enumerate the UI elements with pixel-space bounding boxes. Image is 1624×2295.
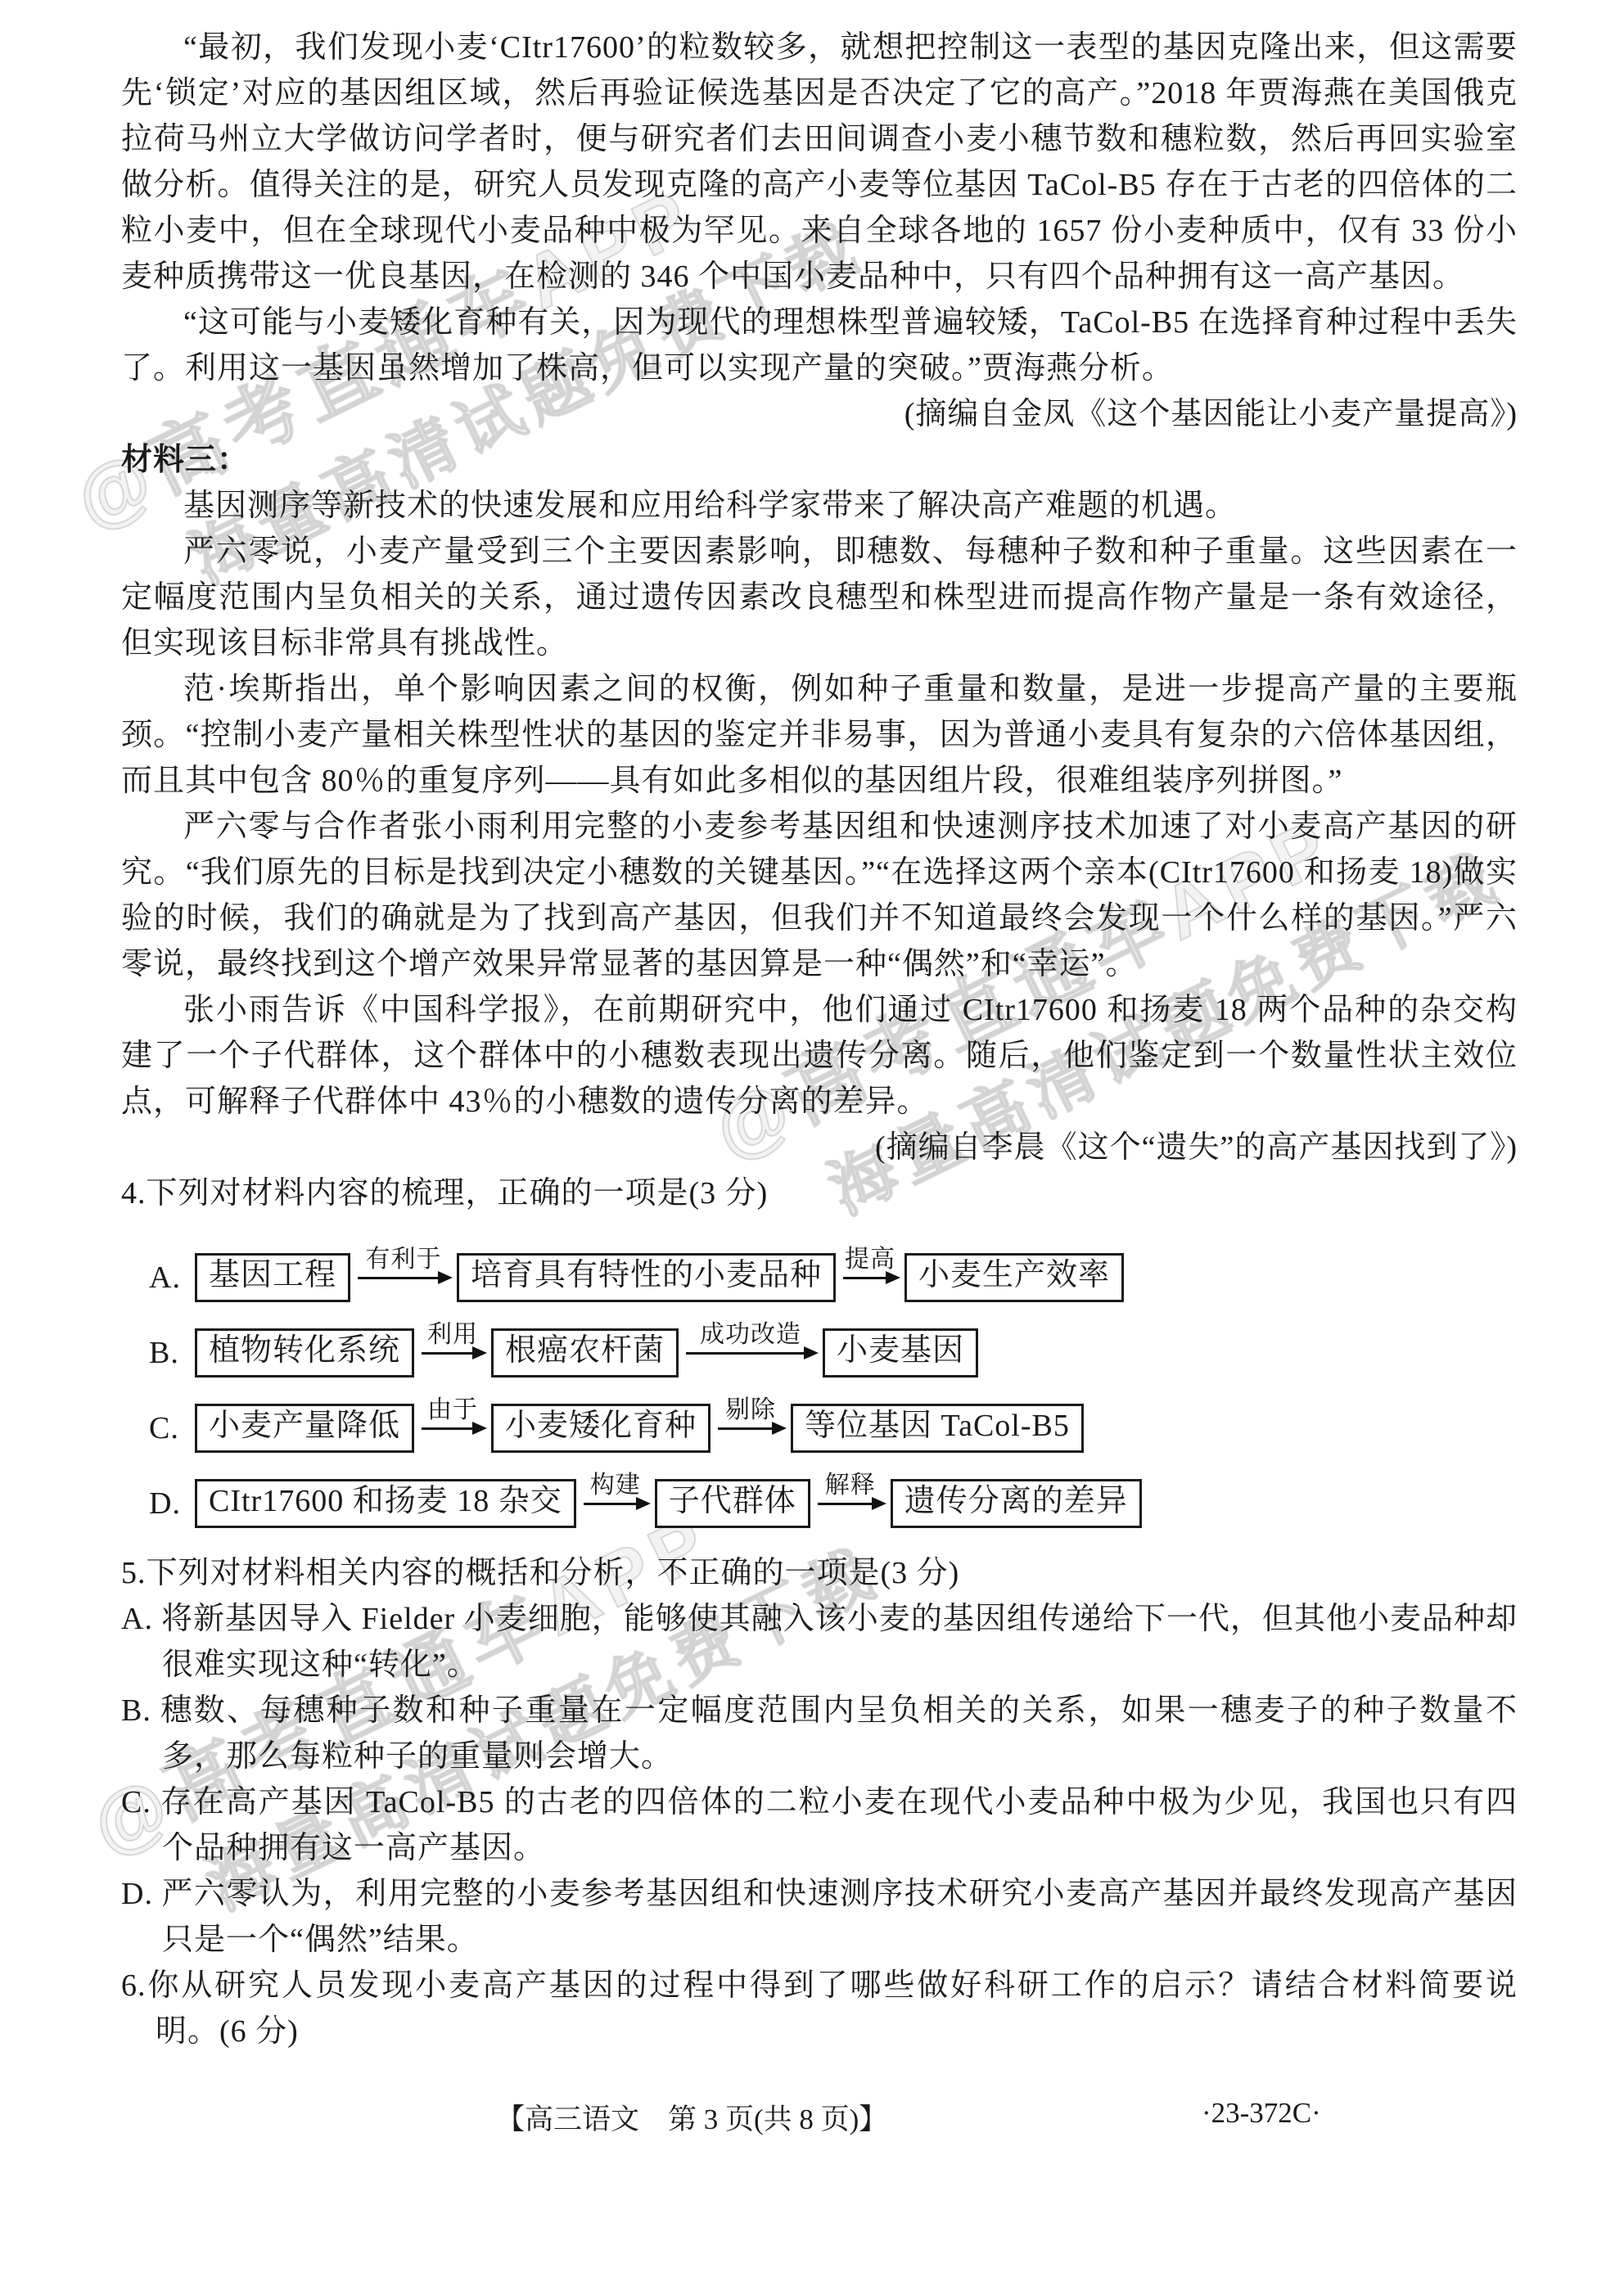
flow-arrow: 由于 [422,1427,484,1430]
material3-paragraph-4: 严六零与合作者张小雨利用完整的小麦参考基因组和快速测序技术加速了对小麦高产基因的… [121,804,1518,987]
flow-arrow: 利用 [422,1352,484,1355]
flow-arrow: 剔除 [718,1427,783,1430]
option-letter: C. [121,1785,160,1819]
flow-arrow: 提高 [843,1277,897,1279]
option-letter: A. [121,1602,161,1636]
option-letter: D. [149,1481,195,1526]
footer-subject-page: 【高三语文 第 3 页(共 8 页)】 [496,2097,887,2138]
flow-box: 等位基因 TaCol-B5 [791,1404,1084,1453]
question-6: 6.你从研究人员发现小麦高产基因的过程中得到了哪些做好科研工作的启示？请结合材料… [121,1963,1518,2054]
page-body: “最初，我们发现小麦‘CItr17600’的粒数较多，就想把控制这一表型的基因克… [121,25,1518,2054]
option-letter: A. [149,1255,195,1301]
material3-heading: 材料三： [121,437,1518,483]
flow-box: CItr17600 和扬麦 18 杂交 [195,1479,576,1528]
flow-box: 遗传分离的差异 [891,1479,1142,1528]
flow-box: 小麦矮化育种 [491,1404,710,1453]
material3-paragraph-2: 严六零说，小麦产量受到三个主要因素影响，即穗数、每穗种子数和种子重量。这些因素在… [121,529,1518,666]
flow-arrow: 解释 [818,1503,883,1505]
option-letter: C. [149,1405,195,1451]
q5-option-b: B.穗数、每穗种子数和种子重量在一定幅度范围内呈负相关的关系，如果一穗麦子的种子… [121,1688,1518,1779]
flow-box: 培育具有特性的小麦品种 [457,1253,836,1302]
material3-paragraph-1: 基因测序等新技术的快速发展和应用给科学家带来了解决高产难题的机遇。 [121,483,1518,529]
question-4-stem: 4.下列对材料内容的梳理，正确的一项是(3 分) [121,1170,1518,1216]
flow-arrow: 构建 [584,1503,647,1505]
option-letter: B. [121,1693,160,1728]
flow-arrow-label: 剔除 [725,1398,776,1423]
material2-paragraph-1: “最初，我们发现小麦‘CItr17600’的粒数较多，就想把控制这一表型的基因克… [121,25,1518,300]
flow-box: 根癌农杆菌 [491,1328,679,1377]
flow-box: 子代群体 [655,1479,810,1528]
flow-arrow-label: 解释 [825,1473,876,1498]
flow-arrow-label: 提高 [845,1247,895,1272]
flow-box: 植物转化系统 [195,1328,414,1377]
option-letter: B. [149,1330,195,1376]
q4-option-a-flowchart: A. 基因工程 有利于 培育具有特性的小麦品种 提高 小麦生产效率 [149,1252,1518,1303]
flow-arrow-label: 由于 [427,1398,478,1423]
option-text: 将新基因导入 Fielder 小麦细胞，能够使其融入该小麦的基因组传递给下一代，… [161,1602,1518,1682]
flow-arrow: 成功改造 [686,1352,815,1355]
q5-option-a: A.将新基因导入 Fielder 小麦细胞，能够使其融入该小麦的基因组传递给下一… [121,1596,1518,1688]
flow-box: 小麦生产效率 [904,1253,1124,1302]
flow-box: 基因工程 [195,1253,350,1302]
flow-box: 小麦基因 [823,1328,978,1377]
material2-attribution: (摘编自金凤《这个基因能让小麦产量提高》) [121,391,1518,437]
material3-attribution: (摘编自李晨《这个“遗失”的高产基因找到了》) [121,1125,1518,1170]
question-5-stem: 5.下列对材料相关内容的概括和分析，不正确的一项是(3 分) [121,1550,1518,1596]
q5-option-c: C.存在高产基因 TaCol-B5 的古老的四倍体的二粒小麦在现代小麦品种中极为… [121,1779,1518,1871]
question-5-number: 5. [121,1556,147,1590]
option-text: 存在高产基因 TaCol-B5 的古老的四倍体的二粒小麦在现代小麦品种中极为少见… [160,1785,1518,1865]
option-letter: D. [121,1877,161,1911]
exam-paper-page: @高考直通车APP 海量高清试题免费下载 @高考直通车APP 海量高清试题免费下… [0,0,1624,2295]
q4-option-b-flowchart: B. 植物转化系统 利用 根癌农杆菌 成功改造 小麦基因 [149,1328,1518,1378]
option-text: 穗数、每穗种子数和种子重量在一定幅度范围内呈负相关的关系，如果一穗麦子的种子数量… [160,1693,1518,1774]
footer-paper-code: ·23-372C· [1202,2097,1321,2130]
flow-box: 小麦产量降低 [195,1404,414,1453]
option-text: 严六零认为，利用完整的小麦参考基因组和快速测序技术研究小麦高产基因并最终发现高产… [161,1877,1518,1957]
material3-paragraph-5: 张小雨告诉《中国科学报》，在前期研究中，他们通过 CItr17600 和扬麦 1… [121,987,1518,1125]
flow-arrow-label: 构建 [590,1473,641,1498]
material3-paragraph-3: 范·埃斯指出，单个影响因素之间的权衡，例如种子重量和数量，是进一步提高产量的主要… [121,666,1518,804]
q4-option-d-flowchart: D. CItr17600 和扬麦 18 杂交 构建 子代群体 解释 遗传分离的差… [149,1478,1518,1529]
flow-arrow-label: 成功改造 [700,1323,801,1347]
flow-arrow-label: 利用 [427,1323,478,1347]
flow-arrow-label: 有利于 [366,1247,442,1272]
question-6-number: 6. [121,1968,147,2003]
q4-option-c-flowchart: C. 小麦产量降低 由于 小麦矮化育种 剔除 等位基因 TaCol-B5 [149,1403,1518,1454]
flow-arrow: 有利于 [358,1277,449,1279]
page-footer: 【高三语文 第 3 页(共 8 页)】 ·23-372C· [0,2097,1624,2146]
question-4-number: 4. [121,1176,147,1211]
q5-option-d: D.严六零认为，利用完整的小麦参考基因组和快速测序技术研究小麦高产基因并最终发现… [121,1871,1518,1963]
material2-paragraph-2: “这可能与小麦矮化育种有关，因为现代的理想株型普遍较矮，TaCol-B5 在选择… [121,300,1518,391]
